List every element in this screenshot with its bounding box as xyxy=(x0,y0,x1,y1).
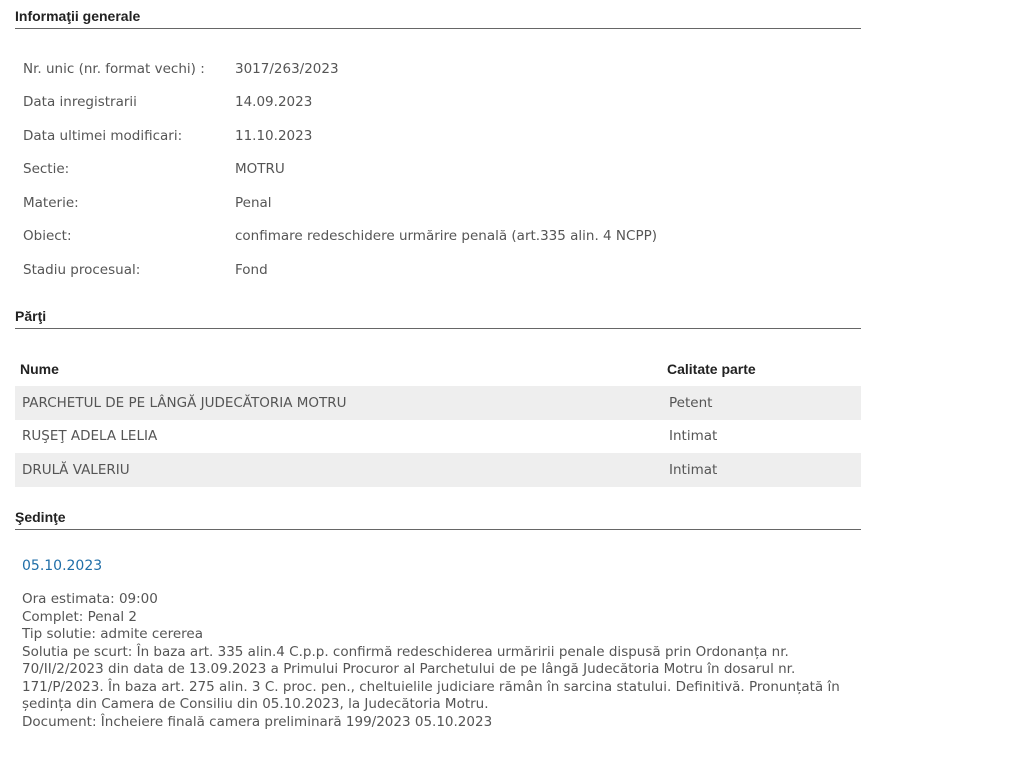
party-name: PARCHETUL DE PE LÂNGĂ JUDECĂTORIA MOTRU xyxy=(15,395,662,411)
info-label: Obiect: xyxy=(23,228,235,244)
info-row-case-number: Nr. unic (nr. format vechi) : 3017/263/2… xyxy=(23,52,657,86)
info-label: Stadiu procesual: xyxy=(23,262,235,278)
table-row: DRULĂ VALERIU Intimat xyxy=(15,453,861,487)
party-name: RUŞEŢ ADELA LELIA xyxy=(15,428,662,444)
info-value: Fond xyxy=(235,262,268,278)
info-row-last-modified: Data ultimei modificari: 11.10.2023 xyxy=(23,119,657,153)
general-info-header: Informaţii generale xyxy=(15,8,861,29)
table-row: RUŞEŢ ADELA LELIA Intimat xyxy=(15,420,861,454)
hearing-estimated-time: Ora estimata: 09:00 xyxy=(22,591,852,609)
info-row-procedural-stage: Stadiu procesual: Fond xyxy=(23,253,657,287)
info-label: Materie: xyxy=(23,195,235,211)
party-name: DRULĂ VALERIU xyxy=(15,462,662,478)
info-label: Nr. unic (nr. format vechi) : xyxy=(23,61,235,77)
info-value: Penal xyxy=(235,195,272,211)
info-label: Data inregistrarii xyxy=(23,94,235,110)
general-info-table: Nr. unic (nr. format vechi) : 3017/263/2… xyxy=(23,52,657,287)
info-row-section: Sectie: MOTRU xyxy=(23,153,657,187)
info-value: MOTRU xyxy=(235,161,285,177)
info-label: Sectie: xyxy=(23,161,235,177)
column-header-role: Calitate parte xyxy=(662,361,756,377)
info-row-object: Obiect: confimare redeschidere urmărire … xyxy=(23,220,657,254)
info-value: 3017/263/2023 xyxy=(235,61,339,77)
hearings-header: Şedinţe xyxy=(15,509,861,530)
hearing-solution-type: Tip solutie: admite cererea xyxy=(22,626,852,644)
hearing-document: Document: Încheiere finală camera prelim… xyxy=(22,714,852,732)
info-row-registration-date: Data inregistrarii 14.09.2023 xyxy=(23,86,657,120)
parties-table-header: Nume Calitate parte xyxy=(15,352,861,386)
party-role: Petent xyxy=(662,395,712,411)
party-role: Intimat xyxy=(662,462,717,478)
party-role: Intimat xyxy=(662,428,717,444)
info-label: Data ultimei modificari: xyxy=(23,128,235,144)
info-value: 11.10.2023 xyxy=(235,128,312,144)
hearing-panel: Complet: Penal 2 xyxy=(22,609,852,627)
parties-table: Nume Calitate parte PARCHETUL DE PE LÂNG… xyxy=(15,352,861,487)
hearing-solution-summary: Solutia pe scurt: În baza art. 335 alin.… xyxy=(22,644,852,714)
column-header-name: Nume xyxy=(15,361,662,377)
info-value: confimare redeschidere urmărire penală (… xyxy=(235,228,657,244)
table-row: PARCHETUL DE PE LÂNGĂ JUDECĂTORIA MOTRU … xyxy=(15,386,861,420)
hearing-item: 05.10.2023 Ora estimata: 09:00 Complet: … xyxy=(22,558,852,731)
hearing-date-link[interactable]: 05.10.2023 xyxy=(22,558,852,591)
info-row-matter: Materie: Penal xyxy=(23,186,657,220)
info-value: 14.09.2023 xyxy=(235,94,312,110)
parties-header: Părţi xyxy=(15,308,861,329)
